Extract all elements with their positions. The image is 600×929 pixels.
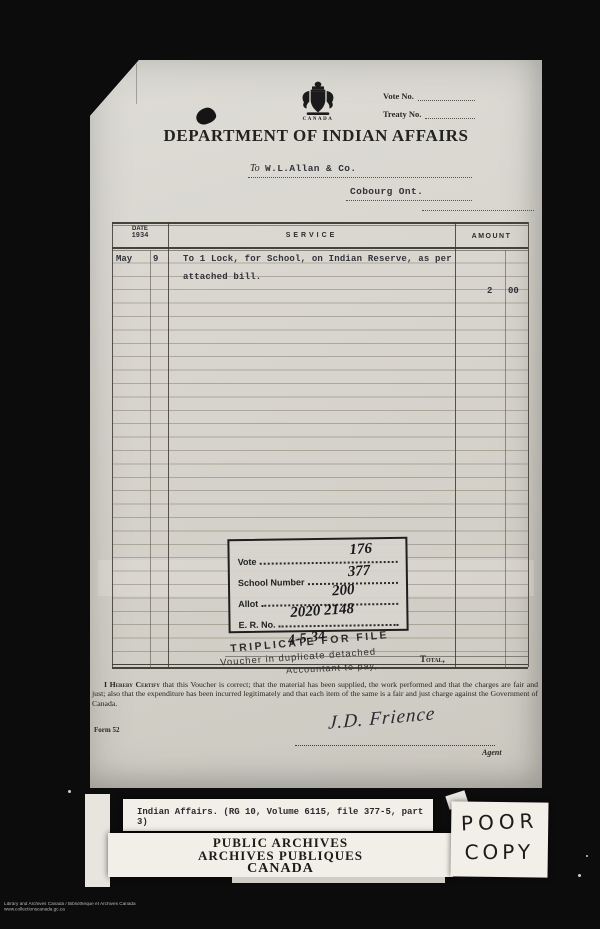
payee-name: W.L.Allan & Co. [265, 163, 357, 174]
table-rule [168, 222, 169, 667]
voucher-document: Vote No. Treaty No. CANADA DEPARTMENT [90, 60, 542, 788]
stamp-row-vote: Vote 176 [237, 544, 397, 567]
poor-copy-line2: COPY [451, 840, 548, 864]
canada-coat-of-arms-icon: CANADA [294, 80, 342, 122]
dust-speck [68, 790, 71, 793]
stamp-row-label: E. R. No. [238, 620, 275, 631]
stamp-row-label: Allot [238, 599, 258, 609]
table-rule [528, 222, 529, 667]
entry-day: 9 [153, 254, 158, 264]
to-label: To [250, 163, 260, 174]
table-rule [150, 250, 151, 667]
table-rule [505, 250, 506, 667]
vote-no-blank [418, 91, 475, 101]
scanned-page: Vote No. Treaty No. CANADA DEPARTMENT [0, 0, 600, 929]
entry-service-line2: attached bill. [183, 272, 261, 282]
vote-no-label: Vote No. [383, 91, 414, 101]
blank-dotted-line [422, 209, 534, 211]
crest-caption: CANADA [294, 117, 342, 122]
entry-amount-cents: 00 [508, 286, 519, 296]
treaty-no-field: Treaty No. [383, 109, 475, 119]
certification-body: that this Voucher is correct; that the m… [92, 680, 538, 708]
archive-tape-strip [85, 794, 110, 887]
certification-lead: I Hereby Certify [104, 680, 160, 689]
payee-city: Cobourg Ont. [350, 186, 423, 197]
entry-month: May [116, 254, 132, 264]
table-rule [112, 250, 528, 251]
certification-text: I Hereby Certify that this Voucher is co… [92, 680, 538, 709]
ink-blot [194, 106, 217, 126]
treaty-no-label: Treaty No. [383, 109, 421, 119]
treaty-no-blank [425, 109, 475, 119]
file-reference-text: Indian Affairs. (RG 10, Volume 6115, fil… [123, 799, 433, 827]
service-column-header: SERVICE [168, 232, 455, 239]
form-number: Form 52 [94, 726, 119, 734]
fold-edge [89, 59, 139, 116]
table-rule [112, 247, 528, 249]
file-reference-label: Indian Affairs. (RG 10, Volume 6115, fil… [123, 799, 433, 831]
label-sliver [232, 877, 445, 883]
date-column-header: DATE 1934 [112, 226, 168, 240]
poor-copy-card: POOR COPY [450, 801, 548, 877]
entry-service-line1: To 1 Lock, for School, on Indian Reserve… [183, 254, 452, 264]
agent-label: Agent [482, 748, 502, 757]
scan-credit: Library and Archives Canada / Bibliothèq… [4, 902, 136, 913]
payee-underline [248, 176, 472, 178]
accounting-stamp-box: Vote 176 School Number 377 Allot 200 E. … [227, 537, 408, 634]
table-rule [112, 225, 528, 226]
dust-speck [578, 874, 581, 877]
table-rule [112, 222, 113, 667]
signature-line [295, 744, 495, 746]
stamp-row-value: 200 [331, 582, 355, 600]
table-rule [455, 222, 456, 667]
stamp-row-er-no: E. R. No. 2020 2148 [238, 607, 398, 630]
vote-no-field: Vote No. [383, 91, 475, 101]
fold-crease [136, 60, 137, 104]
stamp-row-label: Vote [238, 557, 257, 567]
amount-column-header: AMOUNT [455, 233, 528, 240]
table-rule [112, 222, 528, 224]
scan-credit-line2: www.collectionscanada.gc.ca [4, 907, 136, 912]
stamp-row-school-number: School Number 377 [238, 565, 398, 588]
poor-copy-line1: POOR [451, 808, 549, 836]
stamp-row-value: 176 [348, 541, 372, 559]
public-archives-stamp: PUBLIC ARCHIVES ARCHIVES PUBLIQUES CANAD… [108, 833, 453, 877]
date-year: 1934 [112, 233, 168, 240]
total-label: Total, [420, 654, 445, 664]
archives-line3: CANADA [108, 862, 453, 876]
entry-amount-dollars: 2 [487, 286, 492, 296]
dust-speck [586, 855, 588, 857]
stamp-row-value: 377 [347, 563, 371, 581]
page-title: DEPARTMENT OF INDIAN AFFAIRS [90, 126, 542, 146]
city-underline [346, 199, 472, 201]
leader-dots [259, 553, 397, 565]
